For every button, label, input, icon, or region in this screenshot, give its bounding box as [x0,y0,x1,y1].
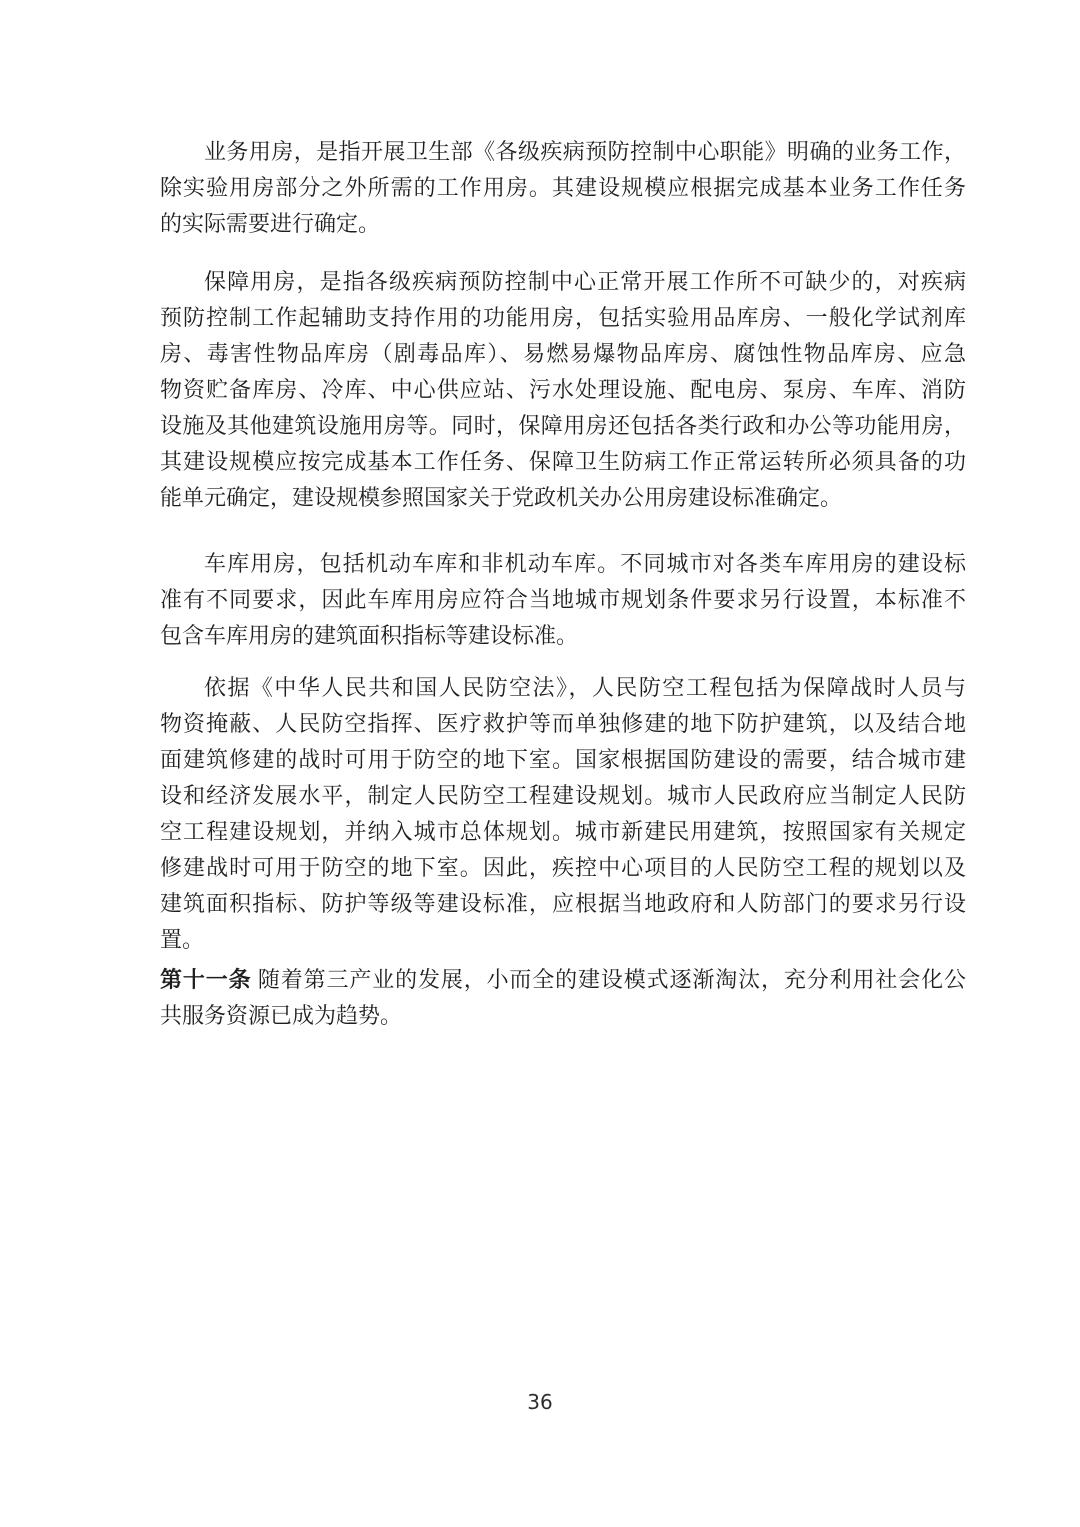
page-number: 36 [527,1390,552,1414]
text-line: 的实际需要进行确定。 [160,206,966,242]
text-line: 预防控制工作起辅助支持作用的功能用房，包括实验用品库房、一般化学试剂库 [160,300,966,336]
text-line: 物资贮备库房、冷库、中心供应站、污水处理设施、配电房、泵房、车库、消防 [160,372,966,408]
text-line: 车库用房，包括机动车库和非机动车库。不同城市对各类车库用房的建设标 [160,546,966,582]
text-line: 第十一条 随着第三产业的发展，小而全的建设模式逐渐淘汰，充分利用社会化公 [160,962,966,998]
text-line: 物资掩蔽、人民防空指挥、医疗救护等而单独修建的地下防护建筑，以及结合地 [160,706,966,742]
text-line: 空工程建设规划，并纳入城市总体规划。城市新建民用建筑，按照国家有关规定 [160,814,966,850]
paragraph: 保障用房，是指各级疾病预防控制中心正常开展工作所不可缺少的，对疾病预防控制工作起… [160,264,966,516]
document-body: 业务用房，是指开展卫生部《各级疾病预防控制中心职能》明确的业务工作，除实验用房部… [160,134,966,1034]
text-line: 除实验用房部分之外所需的工作用房。其建设规模应根据完成基本业务工作任务 [160,170,966,206]
text-line: 保障用房，是指各级疾病预防控制中心正常开展工作所不可缺少的，对疾病 [160,264,966,300]
text-line: 设和经济发展水平，制定人民防空工程建设规划。城市人民政府应当制定人民防 [160,778,966,814]
page-footer: 36 [0,1390,1080,1414]
text-line: 设施及其他建筑设施用房等。同时，保障用房还包括各类行政和办公等功能用房， [160,408,966,444]
text-line: 准有不同要求，因此车库用房应符合当地城市规划条件要求另行设置，本标准不 [160,582,966,618]
text-line: 面建筑修建的战时可用于防空的地下室。国家根据国防建设的需要，结合城市建 [160,742,966,778]
document-page: 业务用房，是指开展卫生部《各级疾病预防控制中心职能》明确的业务工作，除实验用房部… [0,0,1080,1527]
clause-number: 第十一条 [160,967,251,992]
text-line: 其建设规模应按完成基本工作任务、保障卫生防病工作正常运转所必须具备的功 [160,444,966,480]
text-line: 共服务资源已成为趋势。 [160,998,966,1034]
text-line: 置。 [160,922,966,958]
text-line: 建筑面积指标、防护等级等建设标准，应根据当地政府和人防部门的要求另行设 [160,886,966,922]
text-line: 修建战时可用于防空的地下室。因此，疾控中心项目的人民防空工程的规划以及 [160,850,966,886]
paragraph: 业务用房，是指开展卫生部《各级疾病预防控制中心职能》明确的业务工作，除实验用房部… [160,134,966,242]
paragraph: 依据《中华人民共和国人民防空法》，人民防空工程包括为保障战时人员与物资掩蔽、人民… [160,670,966,958]
paragraph: 第十一条 随着第三产业的发展，小而全的建设模式逐渐淘汰，充分利用社会化公共服务资… [160,962,966,1034]
text-line: 业务用房，是指开展卫生部《各级疾病预防控制中心职能》明确的业务工作， [160,134,966,170]
text-line: 包含车库用房的建筑面积指标等建设标准。 [160,618,966,654]
text-line: 依据《中华人民共和国人民防空法》，人民防空工程包括为保障战时人员与 [160,670,966,706]
paragraph: 车库用房，包括机动车库和非机动车库。不同城市对各类车库用房的建设标准有不同要求，… [160,546,966,654]
text-line: 能单元确定，建设规模参照国家关于党政机关办公用房建设标准确定。 [160,480,966,516]
text-line: 房、毒害性物品库房（剧毒品库）、易燃易爆物品库房、腐蚀性物品库房、应急 [160,336,966,372]
